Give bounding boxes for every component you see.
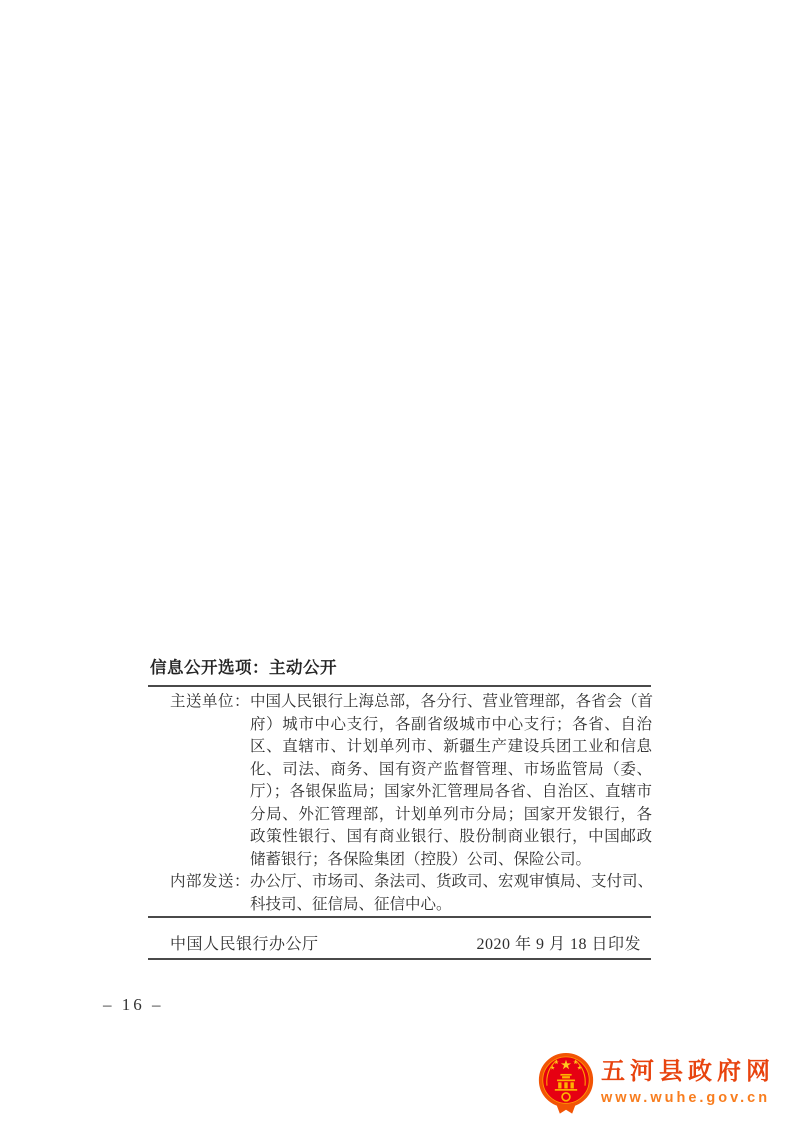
distribution-line: 分局、外汇管理部，计划单列市分局；国家开发银行，各 bbox=[250, 804, 652, 827]
site-badge: 五河县政府网 www.wuhe.gov.cn bbox=[538, 1051, 775, 1117]
main-recipients-row: 主送单位： 中国人民银行上海总部，各分行、营业管理部，各省会（首 府）城市中心支… bbox=[149, 691, 652, 871]
divider-bottom bbox=[148, 958, 651, 960]
distribution-block: 主送单位： 中国人民银行上海总部，各分行、营业管理部，各省会（首 府）城市中心支… bbox=[149, 691, 652, 916]
china-national-emblem-icon bbox=[538, 1051, 594, 1117]
distribution-line: 储蓄银行；各保险集团（控股）公司、保险公司。 bbox=[250, 849, 652, 872]
distribution-line: 科技司、征信局、征信中心。 bbox=[250, 894, 652, 917]
site-name: 五河县政府网 bbox=[601, 1057, 775, 1087]
main-recipients-label: 主送单位： bbox=[149, 691, 250, 714]
distribution-line: 厅）；各银保监局；国家外汇管理局各省、自治区、直辖市 bbox=[250, 781, 652, 804]
site-badge-text: 五河县政府网 www.wuhe.gov.cn bbox=[601, 1051, 775, 1107]
page-number: – 16 – bbox=[103, 995, 164, 1015]
internal-distribution-label: 内部发送： bbox=[149, 871, 250, 894]
distribution-line: 政策性银行、国有商业银行、股份制商业银行，中国邮政 bbox=[250, 826, 652, 849]
main-recipients-text: 中国人民银行上海总部，各分行、营业管理部，各省会（首 府）城市中心支行，各副省级… bbox=[250, 691, 652, 871]
divider-top bbox=[148, 685, 651, 687]
internal-distribution-row: 内部发送： 办公厅、市场司、条法司、货政司、宏观审慎局、支付司、 科技司、征信局… bbox=[149, 871, 652, 916]
issuing-office: 中国人民银行办公厅 bbox=[149, 931, 319, 954]
distribution-line: 中国人民银行上海总部，各分行、营业管理部，各省会（首 bbox=[250, 691, 652, 714]
internal-distribution-text: 办公厅、市场司、条法司、货政司、宏观审慎局、支付司、 科技司、征信局、征信中心。 bbox=[250, 871, 652, 916]
distribution-line: 化、司法、商务、国有资产监督管理、市场监管局（委、 bbox=[250, 759, 652, 782]
site-url: www.wuhe.gov.cn bbox=[601, 1089, 775, 1107]
distribution-line: 府）城市中心支行，各副省级城市中心支行；各省、自治 bbox=[250, 714, 652, 737]
distribution-line: 办公厅、市场司、条法司、货政司、宏观审慎局、支付司、 bbox=[250, 871, 652, 894]
divider-middle bbox=[148, 916, 651, 918]
print-date: 2020 年 9 月 18 日印发 bbox=[476, 931, 652, 954]
distribution-line: 区、直辖市、计划单列市、新疆生产建设兵团工业和信息 bbox=[250, 736, 652, 759]
colophon-row: 中国人民银行办公厅 2020 年 9 月 18 日印发 bbox=[149, 931, 652, 954]
disclosure-option-heading: 信息公开选项：主动公开 bbox=[150, 654, 337, 678]
document-page: 信息公开选项：主动公开 主送单位： 中国人民银行上海总部，各分行、营业管理部，各… bbox=[0, 0, 793, 1122]
